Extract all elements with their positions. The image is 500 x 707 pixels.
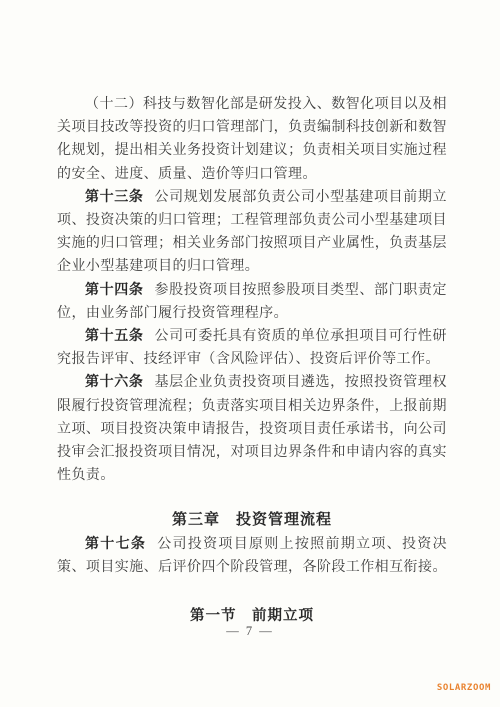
article-number: 第十七条	[85, 537, 146, 552]
paragraph-text: 基层企业负责投资项目遴选，按照投资管理权限履行投资管理流程；负责落实项目相关边界…	[57, 375, 447, 483]
paragraph-article-14: 第十四条参股投资项目按照参股项目类型、部门职责定位，由业务部门履行投资管理程序。	[57, 279, 447, 325]
paragraph-article-15: 第十五条公司可委托具有资质的单位承担项目可行性研究报告评审、技经评审（含风险评估…	[57, 325, 447, 371]
paragraph-article-16: 第十六条基层企业负责投资项目遴选，按照投资管理权限履行投资管理流程；负责落实项目…	[57, 371, 447, 487]
chapter-heading: 第三章 投资管理流程	[57, 509, 447, 532]
page-number: — 7 —	[0, 624, 500, 639]
article-number: 第十三条	[85, 190, 144, 205]
article-number: 第十六条	[85, 375, 144, 390]
document-page: （十二）科技与数智化部是研发投入、数智化项目以及相关项目技改等投资的归口管理部门…	[0, 0, 500, 707]
article-number: 第十四条	[85, 283, 144, 298]
paragraph-item-12: （十二）科技与数智化部是研发投入、数智化项目以及相关项目技改等投资的归口管理部门…	[57, 93, 447, 186]
paragraph-article-13: 第十三条公司规划发展部负责公司小型基建项目前期立项、投资决策的归口管理；工程管理…	[57, 186, 447, 279]
article-number: 第十五条	[85, 329, 144, 344]
document-body: （十二）科技与数智化部是研发投入、数智化项目以及相关项目技改等投资的归口管理部门…	[57, 93, 447, 628]
list-item-number: （十二）	[85, 97, 143, 112]
paragraph-article-17: 第十七条公司投资项目原则上按照前期立项、投资决策、项目实施、后评价四个阶段管理，…	[57, 533, 447, 579]
watermark-solarzoom: SOLARZOOM	[437, 683, 491, 693]
